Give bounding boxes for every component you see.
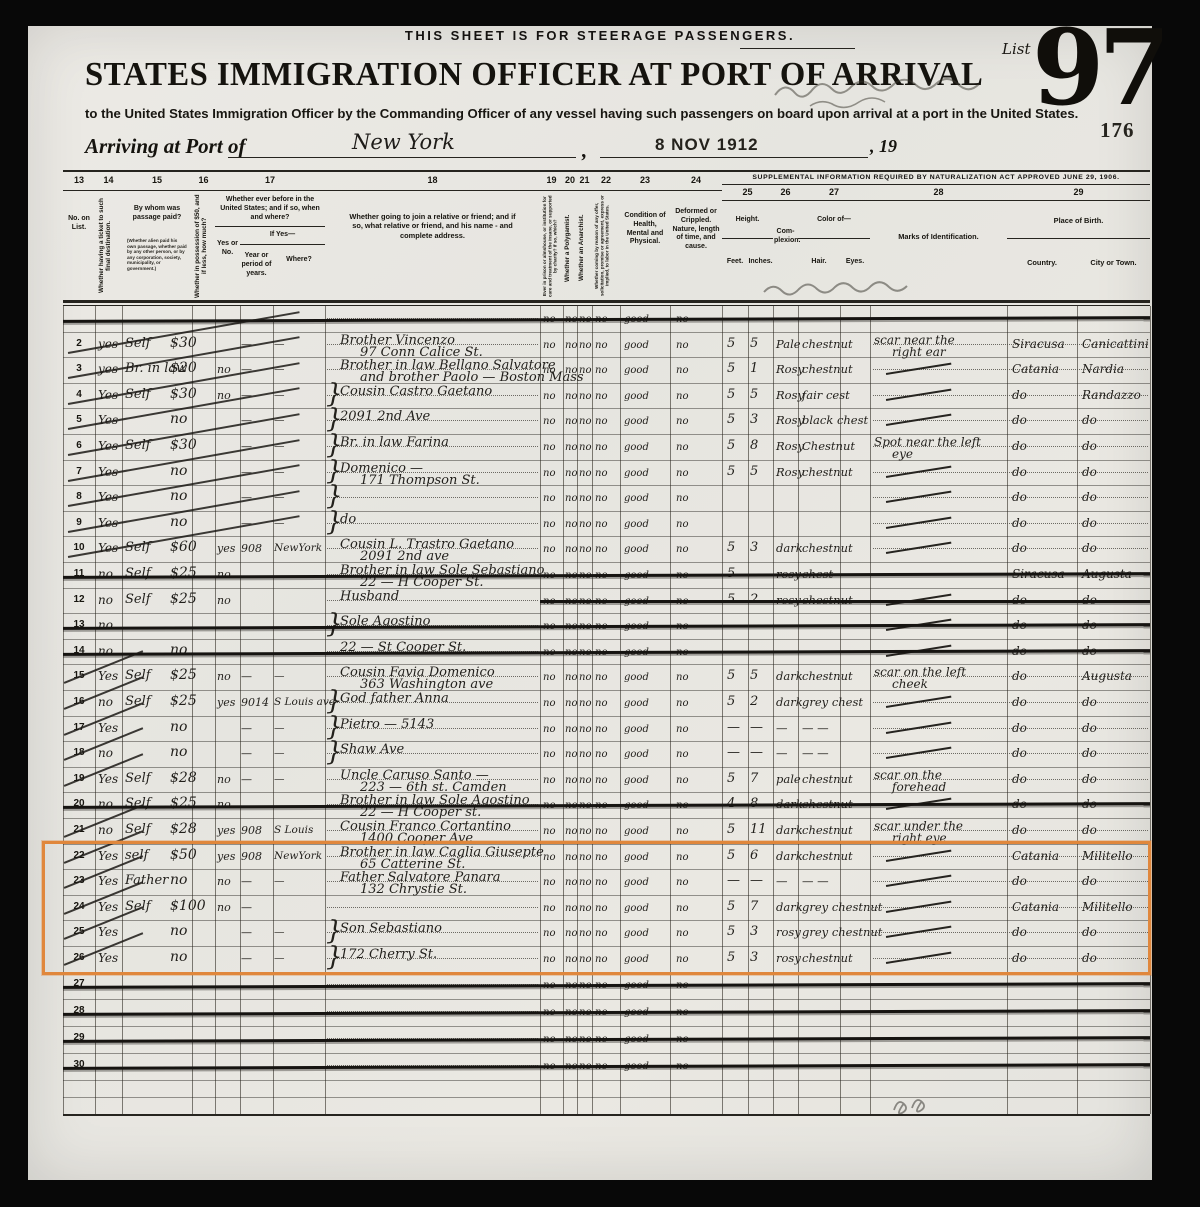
cell-answer: no (565, 365, 577, 376)
cell-money: $28 (170, 821, 197, 837)
cell-answer: no (565, 826, 577, 837)
cell-ticket: no (98, 797, 113, 811)
grid-row-line (63, 357, 1150, 358)
grid-row-line (63, 408, 1150, 409)
cell-answer: no (565, 493, 577, 504)
grid-column-line (1007, 306, 1008, 1114)
grid-column-line (563, 306, 564, 1114)
sheet-number: 97 (1032, 22, 1165, 114)
cell-answer: good (624, 775, 649, 786)
cell-ticket: no (98, 695, 113, 709)
cell-answer: no (595, 416, 607, 427)
cell-complexion: Pale (776, 337, 801, 351)
cell-answer: no (676, 544, 688, 555)
ink-bleed-squiggle-2 (760, 278, 940, 300)
grid-row-line (63, 664, 1150, 665)
grid-column-line (592, 306, 593, 1114)
grid-column-line (1077, 306, 1078, 1114)
cell-answer: good (624, 698, 649, 709)
row-number: 9 (66, 517, 92, 528)
cell-height-feet: — (727, 720, 740, 735)
cell-answer: no (676, 468, 688, 479)
cell-complexion: dark (776, 695, 803, 709)
cell-answer: no (676, 493, 688, 504)
header-anarchist: Whether an Anarchist. (578, 196, 591, 300)
grid-column-line (748, 306, 749, 1114)
cell-before-us-year: — (241, 440, 252, 453)
cell-birth-country: do (1012, 465, 1027, 479)
cell-complexion: dark (776, 669, 803, 683)
cell-money: $20 (170, 360, 197, 376)
grid-row-line (63, 741, 1150, 742)
cell-answer: no (543, 724, 555, 735)
cell-height-feet: — (727, 745, 740, 760)
cell-birth-country: do (1012, 413, 1027, 427)
header-inches: Inches. (748, 258, 773, 267)
grid-column-line (620, 306, 621, 1114)
supplemental-banner: SUPPLEMENTAL INFORMATION REQUIRED BY NAT… (722, 174, 1150, 181)
cell-height-inches: 3 (750, 540, 758, 555)
cell-answer: no (543, 519, 555, 530)
cell-birth-city: do (1082, 465, 1097, 479)
grid-line (63, 170, 1150, 172)
colnum-21: 21 (577, 175, 592, 185)
cell-before-us-year: — (241, 722, 252, 735)
grid-row-line (63, 1097, 1150, 1098)
header-contract-labor: Whether coming by reason of any offer, s… (594, 192, 618, 300)
cell-answer: no (676, 826, 688, 837)
dotted-writing-line (327, 497, 538, 498)
cell-answer: no (565, 672, 577, 683)
grid-column-line (722, 306, 723, 1114)
colnum-25: 25 (722, 187, 773, 197)
cell-answer: no (579, 493, 591, 504)
cell-birth-city: do (1082, 823, 1097, 837)
cell-height-feet: 5 (727, 771, 735, 786)
cell-answer: no (565, 442, 577, 453)
cell-answer: no (676, 340, 688, 351)
grid-row-line (63, 562, 1150, 563)
cell-hair: chestnut (802, 465, 853, 479)
cell-before-us-yesno: yes (217, 542, 235, 555)
cell-complexion: — (776, 746, 788, 760)
cell-before-us-where: — (274, 773, 285, 785)
cell-answer: no (543, 442, 555, 453)
cell-money: $25 (170, 795, 197, 811)
cell-ticket: Yes (98, 772, 118, 786)
cell-answer: no (543, 365, 555, 376)
cell-money: no (170, 744, 187, 760)
cell-answer: no (543, 391, 555, 402)
cell-answer: no (565, 544, 577, 555)
cell-join-relative: Cousin Castro Gaetano (340, 384, 492, 399)
cell-answer: no (579, 698, 591, 709)
cell-money: $25 (170, 591, 197, 607)
cell-answer: no (676, 519, 688, 530)
cell-answer: good (624, 468, 649, 479)
arrival-date-stamp: 8 NOV 1912 (655, 135, 759, 155)
colnum-14: 14 (95, 175, 122, 185)
cell-hair: chestnut (802, 669, 853, 683)
cell-before-us-where: — (274, 722, 285, 734)
cell-ticket: Yes (98, 669, 118, 683)
cell-answer: no (595, 749, 607, 760)
date-underline (600, 157, 868, 158)
grid-line (240, 244, 325, 245)
cell-answer: no (543, 775, 555, 786)
grid-column-line (773, 306, 774, 1114)
header-condition-health: Condition of Health, Mental and Physical… (622, 212, 668, 247)
cell-answer: no (595, 365, 607, 376)
cell-before-us-where: — (274, 670, 285, 682)
cell-birth-city: do (1082, 439, 1097, 453)
steerage-banner: THIS SHEET IS FOR STEERAGE PASSENGERS. (380, 28, 820, 43)
cell-money: $25 (170, 565, 197, 581)
cell-answer: no (565, 698, 577, 709)
grid-row-line (63, 818, 1150, 819)
cell-answer: good (624, 749, 649, 760)
cell-hair: grey chest (802, 695, 863, 709)
document-scan: THIS SHEET IS FOR STEERAGE PASSENGERS. S… (0, 0, 1200, 1207)
grid-line (1007, 238, 1150, 239)
header-country: Country. (1007, 258, 1077, 267)
header-yes-or-no: Yes or No. (215, 240, 240, 258)
cell-birth-city: Canicattini (1082, 337, 1149, 351)
cell-height-feet: 5 (727, 438, 735, 453)
header-join-relative: Whether going to join a relative or frie… (345, 212, 520, 240)
cell-before-us-year: — (241, 747, 252, 760)
cell-passage-paid-by: Self (125, 566, 151, 581)
cell-money: no (170, 411, 187, 427)
cell-before-us-year: 908 (241, 824, 262, 837)
cell-birth-country: do (1012, 823, 1027, 837)
cell-birth-country: do (1012, 721, 1027, 735)
cell-hair: Chestnut (802, 439, 855, 453)
grid-column-line (540, 306, 541, 1114)
cell-answer: good (624, 493, 649, 504)
colnum-19: 19 (540, 175, 563, 185)
cell-money: no (170, 719, 187, 735)
header-height: Height. (722, 216, 773, 225)
row-number: 2 (66, 338, 92, 349)
cell-birth-city: Randazzo (1082, 388, 1141, 402)
grid-row-line (63, 588, 1150, 589)
cell-money: $30 (170, 335, 197, 351)
cell-answer: no (579, 544, 591, 555)
cell-answer: no (565, 416, 577, 427)
cell-answer: good (624, 365, 649, 376)
cell-height-feet: 5 (727, 540, 735, 555)
header-ever-before-us: Whether ever before in the United States… (218, 196, 322, 222)
cell-birth-city: do (1082, 695, 1097, 709)
header-color-of: Color of— (798, 216, 870, 225)
cell-before-us-year: 9014 (241, 696, 269, 709)
cell-answer: no (595, 340, 607, 351)
strikethrough-line (540, 600, 1150, 603)
dotted-writing-line (327, 523, 538, 524)
cell-money: $30 (170, 437, 197, 453)
cell-complexion: Rosy (776, 465, 804, 479)
header-city-or-town: City or Town. (1077, 258, 1150, 267)
cell-answer: no (595, 826, 607, 837)
cell-money: $25 (170, 667, 197, 683)
cell-birth-city: do (1082, 772, 1097, 786)
cell-answer: no (543, 544, 555, 555)
grid-column-line (1150, 306, 1151, 1114)
cell-answer: no (579, 391, 591, 402)
cell-birth-country: do (1012, 695, 1027, 709)
cell-join-relative: Husband (340, 589, 399, 604)
year-suffix: , 19 (870, 136, 897, 157)
cell-answer: no (579, 340, 591, 351)
cell-height-inches: 8 (750, 438, 758, 453)
cell-complexion: Rosy (776, 439, 804, 453)
header-complexion: Com- plexion. (774, 228, 797, 246)
cell-complexion: dark (776, 541, 803, 555)
cell-answer: no (676, 416, 688, 427)
cell-before-us-where: NewYork (274, 542, 322, 554)
cell-birth-country: Catania (1012, 362, 1059, 376)
cell-before-us-year: 908 (241, 542, 262, 555)
cell-answer: no (543, 749, 555, 760)
cell-hair: chestnut (802, 823, 853, 837)
cell-ticket: no (98, 823, 113, 837)
cell-answer: no (595, 724, 607, 735)
cell-answer: no (579, 468, 591, 479)
port-underline (228, 157, 576, 158)
cell-answer: no (595, 391, 607, 402)
cell-passage-paid-by: Self (125, 771, 151, 786)
cell-ticket: no (98, 593, 113, 607)
cell-answer: good (624, 724, 649, 735)
header-deformed-crippled: Deformed or Crippled. Nature, length of … (672, 208, 720, 252)
grid-line (722, 184, 1150, 185)
cell-height-feet: 5 (727, 361, 735, 376)
cell-birth-city: Nardia (1082, 362, 1124, 376)
cell-answer: no (676, 365, 688, 376)
cell-answer: no (543, 493, 555, 504)
grid-column-line (273, 306, 274, 1114)
cell-complexion: Rosy (776, 413, 804, 427)
header-ticket: Whether having a ticket to such final de… (98, 196, 119, 296)
cell-answer: no (595, 442, 607, 453)
cell-complexion: Rosy (776, 388, 804, 402)
grid-column-line (63, 306, 64, 1114)
header-passage-paid-note: (Whether alien paid his own passage, whe… (127, 238, 187, 271)
cell-money: $30 (170, 386, 197, 402)
header-no-on-list: No. on List. (64, 215, 94, 233)
grid-row-line (63, 511, 1150, 512)
cell-answer: no (565, 468, 577, 479)
cell-hair: — — (802, 746, 829, 760)
cell-hair: black chest (802, 413, 868, 427)
cell-birth-country: do (1012, 746, 1027, 760)
cell-ticket: no (98, 618, 113, 632)
cell-answer: no (565, 724, 577, 735)
cell-answer: no (579, 442, 591, 453)
cell-complexion: — (776, 721, 788, 735)
grid-row-line (63, 1026, 1150, 1027)
cell-birth-country: Siracusa (1012, 337, 1065, 351)
cell-answer: no (595, 775, 607, 786)
grid-line (215, 226, 325, 227)
cell-before-us-yesno: no (217, 670, 231, 683)
cell-money: no (170, 514, 187, 530)
cell-join-relative: do (340, 512, 356, 527)
cell-height-feet: 5 (727, 412, 735, 427)
cell-answer: no (595, 468, 607, 479)
cell-answer: no (579, 749, 591, 760)
colnum-17: 17 (215, 175, 325, 185)
grid-row-line (63, 792, 1150, 793)
cell-answer: no (595, 519, 607, 530)
cell-before-us-where: S Louis (274, 824, 313, 836)
cell-answer: good (624, 519, 649, 530)
cell-answer: no (565, 340, 577, 351)
cell-answer: no (676, 724, 688, 735)
grid-line (722, 238, 773, 239)
highlight-box (42, 841, 1151, 975)
cell-birth-city: do (1082, 490, 1097, 504)
grid-row-line (63, 716, 1150, 717)
cell-height-inches: 5 (750, 336, 758, 351)
cell-before-us-year: — (241, 773, 252, 786)
header-feet: Feet. (722, 258, 748, 267)
port-handwritten-value: New York (352, 130, 455, 154)
cell-height-feet: 5 (727, 464, 735, 479)
colnum-26: 26 (773, 187, 798, 197)
cell-answer: no (676, 391, 688, 402)
banner-underline (740, 48, 855, 49)
cell-height-inches: 5 (750, 387, 758, 402)
grid-line (63, 1114, 1150, 1116)
grid-row-line (63, 639, 1150, 640)
cell-answer: no (676, 775, 688, 786)
cell-height-inches: 2 (750, 694, 758, 709)
header-prison-almshouse: Ever in prison or almshouse, or institut… (542, 192, 561, 300)
cell-birth-city: Augusta (1082, 669, 1132, 683)
cell-birth-country: do (1012, 541, 1027, 555)
cell-answer: good (624, 416, 649, 427)
cell-height-inches: 5 (750, 668, 758, 683)
grid-line (722, 200, 1150, 201)
ink-bleed-squiggle (770, 70, 1030, 110)
grid-line (798, 238, 870, 239)
cell-height-inches: 11 (750, 822, 767, 837)
header-where: Where? (274, 256, 324, 265)
colnum-20: 20 (563, 175, 577, 185)
cell-height-inches: — (750, 745, 763, 760)
cell-ticket: Yes (98, 721, 118, 735)
cell-answer: good (624, 672, 649, 683)
cell-answer: no (543, 340, 555, 351)
cell-marks: Spot near the left (874, 435, 981, 449)
cell-join-relative: Br. in law Farina (340, 435, 449, 450)
cell-answer: good (624, 544, 649, 555)
header-eyes: Eyes. (840, 258, 870, 267)
grid-column-line (192, 306, 193, 1114)
row-number: 4 (66, 389, 92, 400)
cell-height-feet: 5 (727, 336, 735, 351)
row-number: 7 (66, 466, 92, 477)
list-label: List (1002, 40, 1030, 58)
cell-answer: no (579, 416, 591, 427)
cell-height-inches: 3 (750, 412, 758, 427)
cell-ticket: no (98, 567, 113, 581)
cell-answer: no (579, 826, 591, 837)
cell-birth-country: do (1012, 669, 1027, 683)
cell-answer: no (543, 672, 555, 683)
cell-money: no (170, 463, 187, 479)
cell-join-relative: Pietro — 5143 (340, 717, 434, 732)
cell-hair: — — (802, 721, 829, 735)
cell-answer: no (595, 544, 607, 555)
grid-line (63, 305, 1150, 306)
cell-height-feet: 5 (727, 694, 735, 709)
arriving-at-port-label: Arriving at Port of (85, 134, 245, 159)
cell-height-inches: 7 (750, 771, 758, 786)
cell-before-us-yesno: no (217, 773, 231, 786)
cell-answer: no (565, 775, 577, 786)
colnum-29: 29 (1007, 187, 1150, 197)
colnum-18: 18 (325, 175, 540, 185)
cell-answer: no (543, 468, 555, 479)
cell-birth-country: do (1012, 516, 1027, 530)
colnum-16: 16 (192, 175, 215, 185)
cell-hair: chestnut (802, 541, 853, 555)
grid-row-line (63, 690, 1150, 691)
cell-answer: no (595, 698, 607, 709)
grid-row-line (63, 536, 1150, 537)
cell-before-us-yesno: yes (217, 824, 235, 837)
cell-answer: no (676, 672, 688, 683)
grid-column-line (870, 306, 871, 1114)
cell-answer: no (543, 698, 555, 709)
grid-line (63, 300, 1150, 303)
cell-before-us-yesno: no (217, 594, 231, 607)
cell-passage-paid-by: Self (125, 592, 151, 607)
colnum-22: 22 (592, 175, 620, 185)
cell-answer: no (565, 519, 577, 530)
cell-height-feet: 5 (727, 668, 735, 683)
colnum-13: 13 (63, 175, 95, 185)
cell-answer: no (595, 493, 607, 504)
grid-row-line (63, 1080, 1150, 1081)
header-marks-identification: Marks of Identification. (880, 232, 997, 241)
cell-join-relative: Shaw Ave (340, 742, 404, 757)
cell-answer: no (579, 519, 591, 530)
header-passage-paid: By whom was passage paid? (126, 205, 188, 223)
cell-money: $28 (170, 770, 197, 786)
cell-answer: good (624, 442, 649, 453)
header-fifty-dollars: Whether in possession of $50, and if les… (194, 194, 213, 298)
colnum-23: 23 (620, 175, 670, 185)
header-place-of-birth: Place of Birth. (1007, 216, 1150, 225)
grid-row-line (63, 999, 1150, 1000)
grid-column-line (95, 306, 96, 1114)
cell-birth-city: do (1082, 721, 1097, 735)
cell-height-inches: 5 (750, 464, 758, 479)
cell-hair: fair cest (802, 388, 850, 402)
grid-row-line (63, 485, 1150, 486)
grid-line (63, 190, 722, 191)
grid-row-line (63, 767, 1150, 768)
cell-height-feet: 5 (727, 822, 735, 837)
cell-answer: no (579, 724, 591, 735)
cell-answer: no (543, 826, 555, 837)
cell-complexion: pale (776, 772, 801, 786)
cell-money: no (170, 488, 187, 504)
